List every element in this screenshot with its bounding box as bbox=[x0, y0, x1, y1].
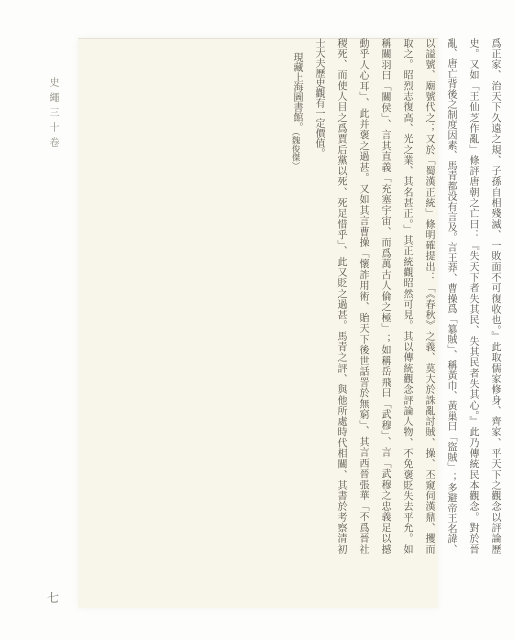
text-column: 爲正家、治天下久遠之規、子孫自相殘滅、一敗面不可復收也。』此取儒家修身、齊家、平… bbox=[483, 38, 505, 554]
text-column: 取之。昭烈志復高、光之業、其名甚正。」其正統觀昭然可見。其以傳統觀念評論人物、不… bbox=[395, 38, 417, 554]
text-column: 動乎人心耳」、此并褒之過甚。又如其言曹操「懷詐用術、貽天下後世話詈於無窮」、其言… bbox=[351, 38, 373, 554]
text-column: 以謚號、廟號代之；又於「蜀漢正統」條明確提出：「《春秋》之義、莫大於誅亂討賊、操… bbox=[417, 38, 439, 554]
margin-title: 史繩三十卷 bbox=[45, 77, 60, 152]
page-number: 七 bbox=[47, 589, 59, 606]
attribution-note: （魏俊傑） bbox=[291, 132, 301, 170]
book-page-scan: 爲正家、治天下久遠之規、子孫自相殘滅、一敗面不可復收也。』此取儒家修身、齊家、平… bbox=[0, 0, 515, 640]
text-column: 史。又如「王仙芝作亂」條評唐朝之亡曰：『失天下者失其民、失其民者失其心。』此乃傳… bbox=[461, 38, 483, 554]
text-column: 士大夫歷史觀有一定價值。 bbox=[307, 38, 329, 554]
text-column: 亂、唐亡背後之制度因素、馬青都没有言及。言王莽、曹操爲「簒賊」、稱黃巾、黃巢曰「… bbox=[439, 38, 461, 554]
text-column: 稱關羽曰「關侯」、言其直義「充塞宇宙、而爲萬古人倫之極」；如稱岳飛曰「武穆」、言… bbox=[373, 38, 395, 554]
main-text-block: 爲正家、治天下久遠之規、子孫自相殘滅、一敗面不可復收也。』此取儒家修身、齊家、平… bbox=[285, 38, 505, 554]
text-column: 稷死、而使人目之爲賈后黨以死、死足惜乎」、此又貶之過甚。馬青之評、與他所處時代相… bbox=[329, 38, 351, 554]
text-column: 現藏上海圖書館。（魏俊傑） bbox=[285, 38, 307, 554]
